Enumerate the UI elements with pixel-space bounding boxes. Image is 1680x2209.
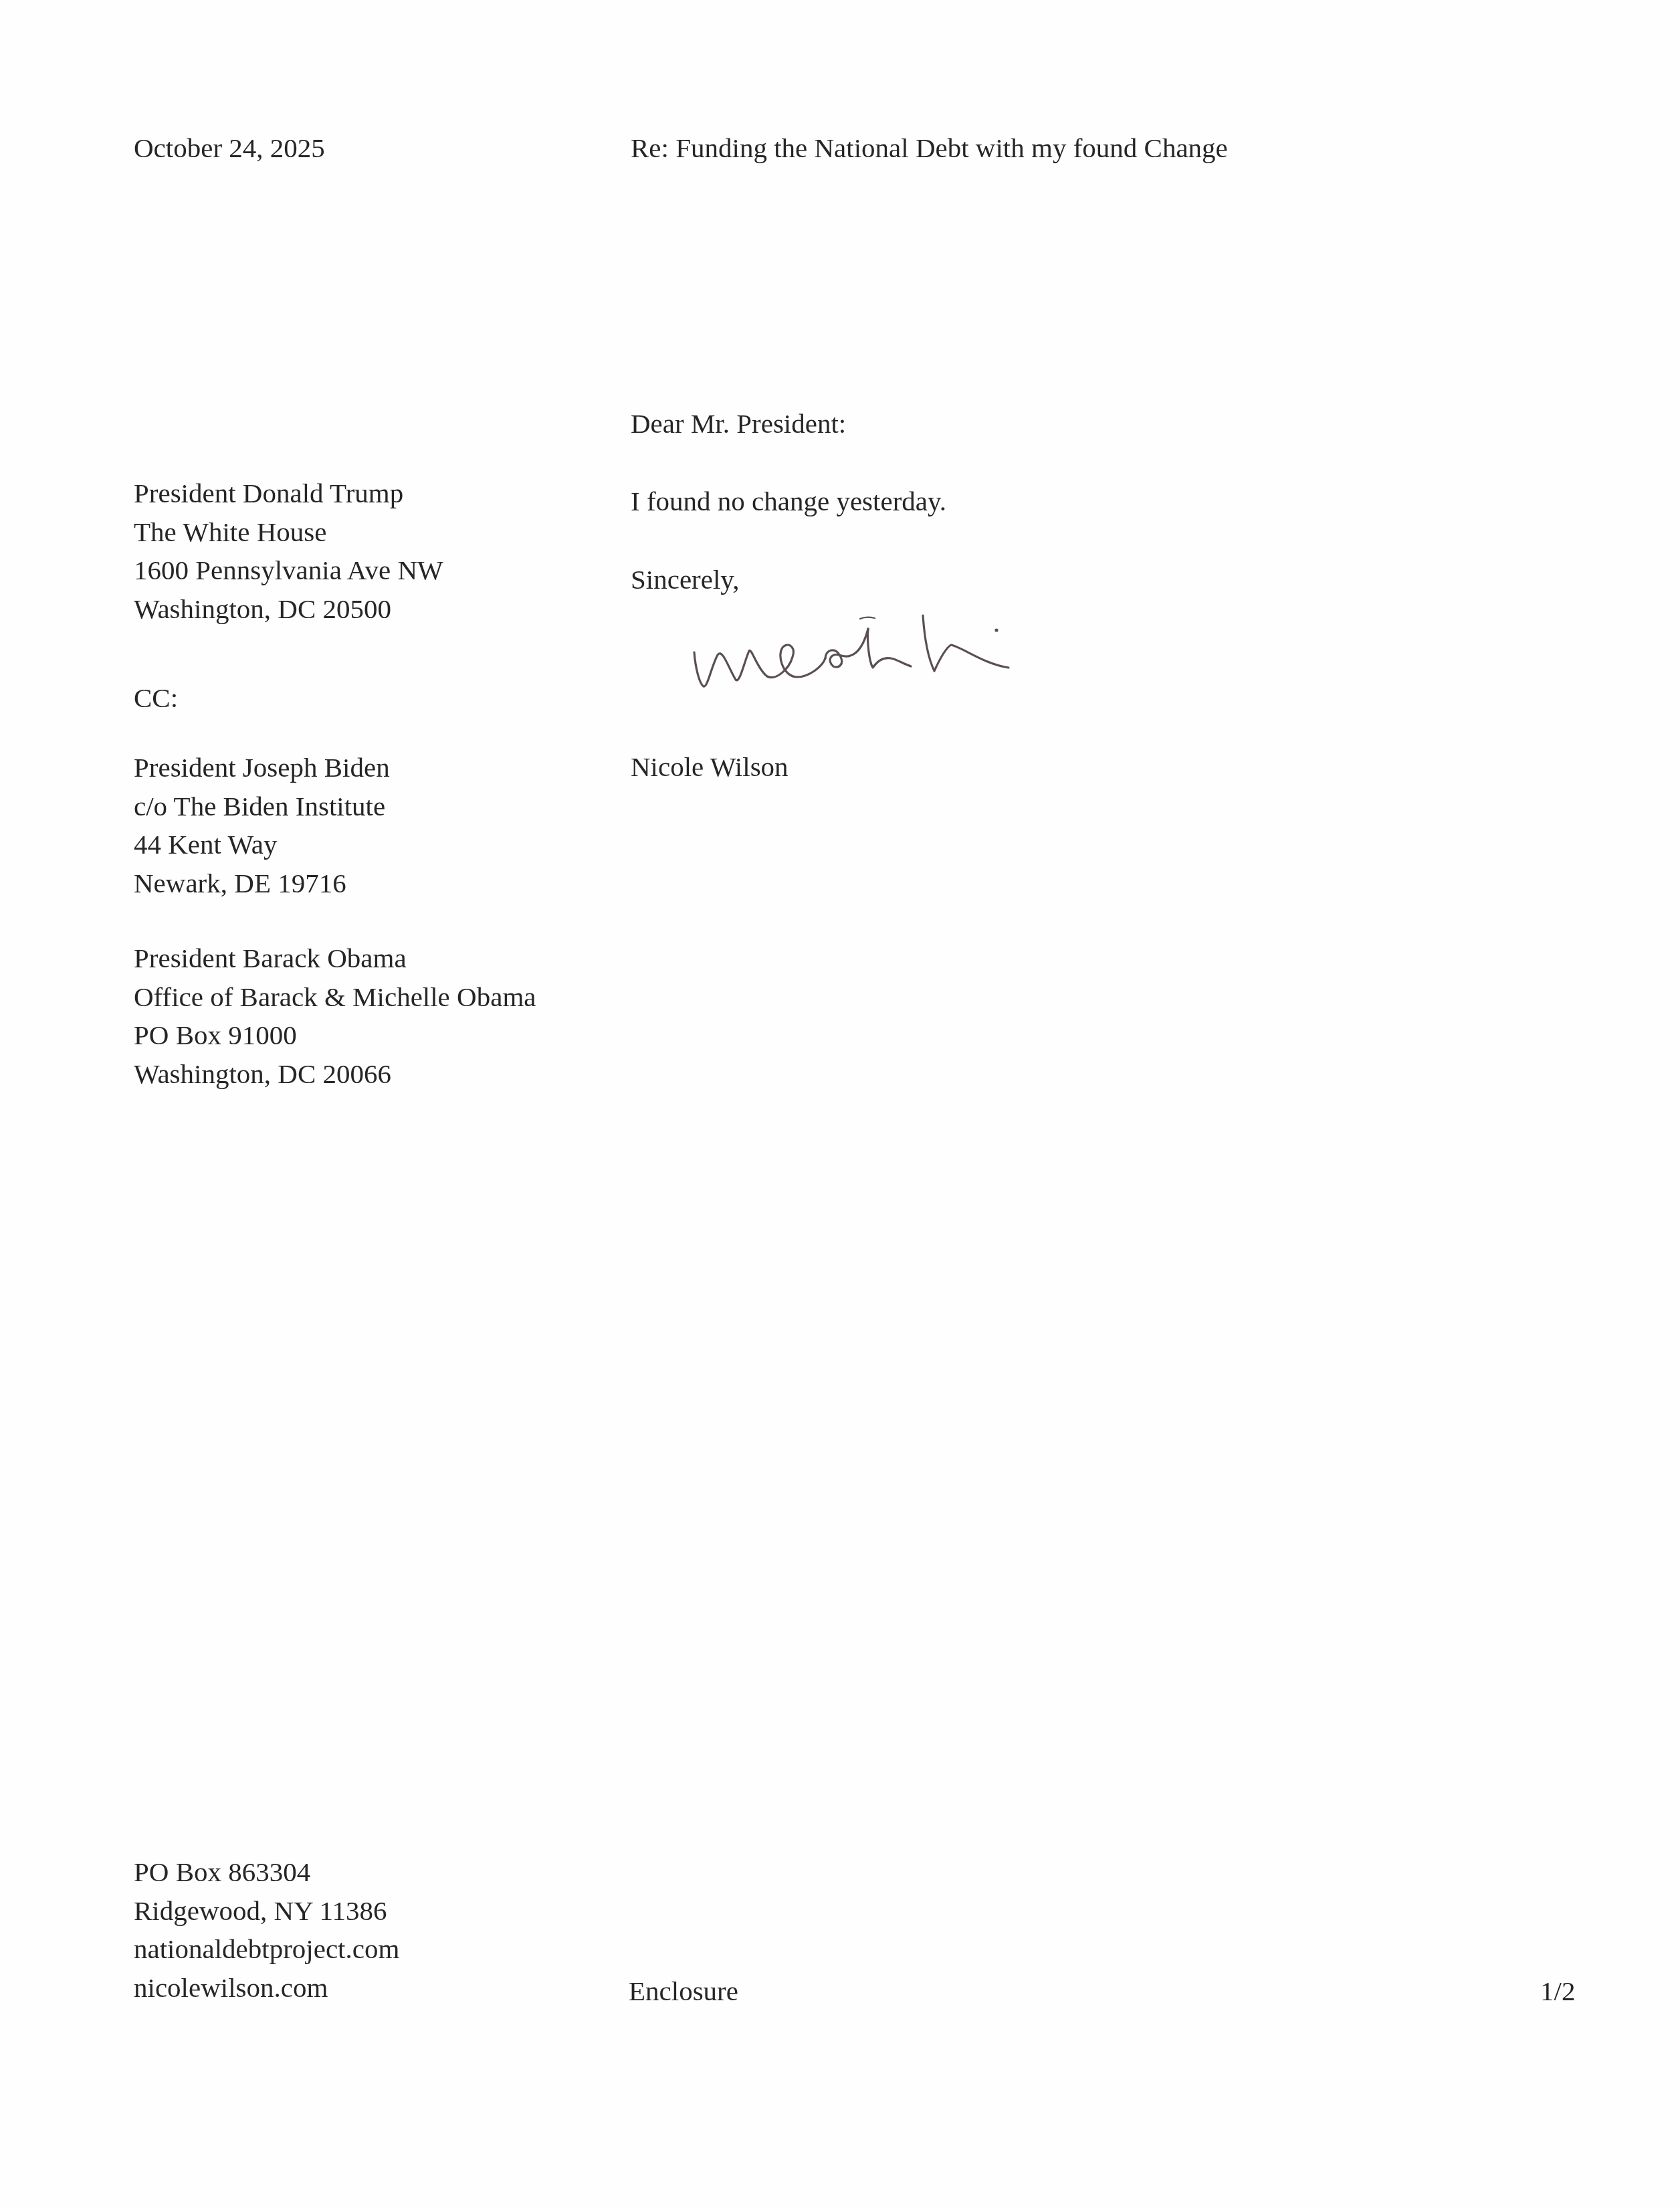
enclosure-note: Enclosure <box>629 1978 738 2005</box>
recipient-line: Washington, DC 20500 <box>134 590 443 629</box>
sender-line: PO Box 863304 <box>134 1853 399 1892</box>
cc-line: Newark, DE 19716 <box>134 864 390 903</box>
cc-line: President Joseph Biden <box>134 749 390 787</box>
cc-address-biden: President Joseph Biden c/o The Biden Ins… <box>134 749 390 902</box>
cc-line: Washington, DC 20066 <box>134 1055 536 1094</box>
recipient-address: President Donald Trump The White House 1… <box>134 474 443 628</box>
sender-address: PO Box 863304 Ridgewood, NY 11386 nation… <box>134 1853 399 2007</box>
signature-icon <box>682 602 1030 716</box>
recipient-line: President Donald Trump <box>134 474 443 513</box>
signer-name: Nicole Wilson <box>631 753 789 781</box>
cc-label: CC: <box>134 684 178 712</box>
recipient-line: 1600 Pennsylvania Ave NW <box>134 551 443 590</box>
cc-line: Office of Barack & Michelle Obama <box>134 978 536 1017</box>
letter-subject: Re: Funding the National Debt with my fo… <box>631 134 1228 162</box>
recipient-line: The White House <box>134 513 443 552</box>
letter-page: October 24, 2025 Re: Funding the Nationa… <box>0 0 1680 2209</box>
letter-body: I found no change yesterday. <box>631 488 946 515</box>
cc-line: President Barack Obama <box>134 939 536 978</box>
sender-line: Ridgewood, NY 11386 <box>134 1892 399 1931</box>
cc-line: PO Box 91000 <box>134 1016 536 1055</box>
page-number: 1/2 <box>1540 1978 1575 2005</box>
sender-website-link: nationaldebtproject.com <box>134 1930 399 1969</box>
cc-line: 44 Kent Way <box>134 826 390 864</box>
cc-address-obama: President Barack Obama Office of Barack … <box>134 939 536 1093</box>
closing: Sincerely, <box>631 566 739 593</box>
letter-date: October 24, 2025 <box>134 134 325 162</box>
salutation: Dear Mr. President: <box>631 410 846 438</box>
cc-line: c/o The Biden Institute <box>134 787 390 826</box>
sender-website-link: nicolewilson.com <box>134 1969 399 2008</box>
